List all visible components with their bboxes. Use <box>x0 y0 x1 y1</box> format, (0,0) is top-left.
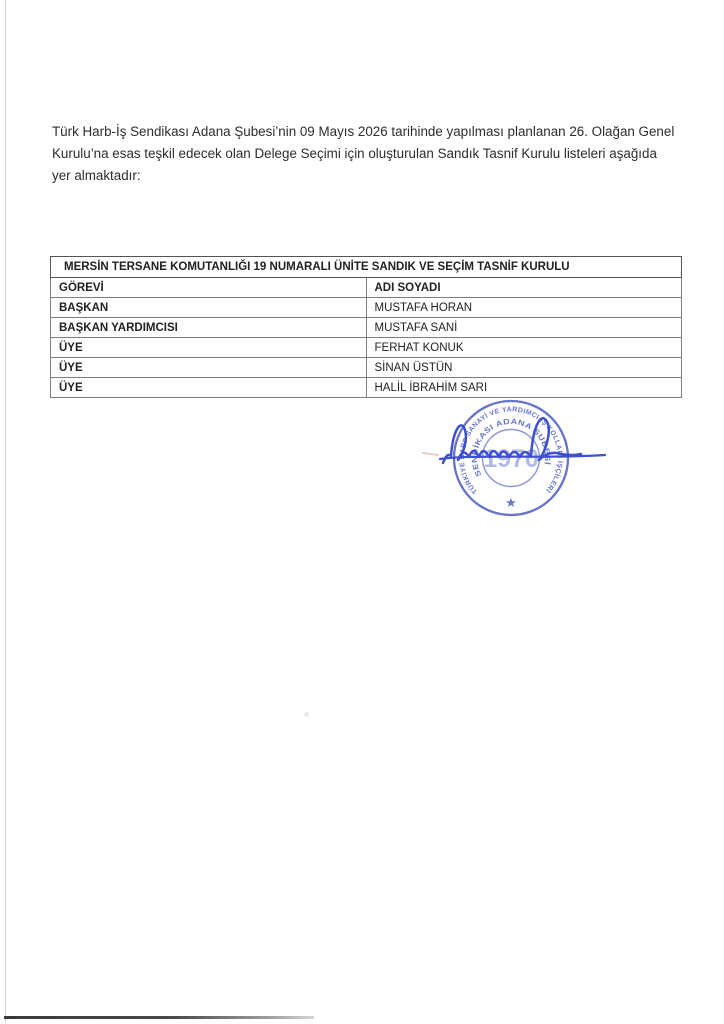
intro-paragraph: Türk Harb-İş Sendikası Adana Şubesi’nin … <box>52 121 676 187</box>
table-title: MERSİN TERSANE KOMUTANLIĞI 19 NUMARALI Ü… <box>51 257 682 278</box>
table-row: BAŞKAN MUSTAFA HORAN <box>51 298 682 318</box>
table-title-row: MERSİN TERSANE KOMUTANLIĞI 19 NUMARALI Ü… <box>51 257 682 278</box>
scan-speck <box>304 712 309 717</box>
scan-edge-left <box>5 0 6 1024</box>
table-row: ÜYE FERHAT KONUK <box>51 338 682 358</box>
name-cell: SİNAN ÜSTÜN <box>366 358 682 378</box>
role-cell: ÜYE <box>51 358 367 378</box>
name-cell: MUSTAFA SANİ <box>366 318 682 338</box>
name-cell: FERHAT KONUK <box>366 338 682 358</box>
table-row: ÜYE SİNAN ÜSTÜN <box>51 358 682 378</box>
pen-dash <box>423 453 438 455</box>
table-header-row: GÖREVİ ADI SOYADI <box>51 278 682 298</box>
role-cell: ÜYE <box>51 338 367 358</box>
table-row: BAŞKAN YARDIMCISI MUSTAFA SANİ <box>51 318 682 338</box>
union-stamp-and-signature: TÜRKİYE HARP SANAYİ VE YARDIMCI İŞ KOLLA… <box>415 390 615 535</box>
star-icon: ★ <box>505 496 517 511</box>
role-cell: ÜYE <box>51 378 367 398</box>
scanned-document-page: Türk Harb-İş Sendikası Adana Şubesi’nin … <box>0 0 724 1024</box>
role-cell: BAŞKAN <box>51 298 367 318</box>
name-cell: MUSTAFA HORAN <box>366 298 682 318</box>
role-cell: BAŞKAN YARDIMCISI <box>51 318 367 338</box>
column-header-role: GÖREVİ <box>51 278 367 298</box>
column-header-name: ADI SOYADI <box>366 278 682 298</box>
scan-edge-bottom <box>4 1016 314 1019</box>
committee-table: MERSİN TERSANE KOMUTANLIĞI 19 NUMARALI Ü… <box>50 256 682 398</box>
